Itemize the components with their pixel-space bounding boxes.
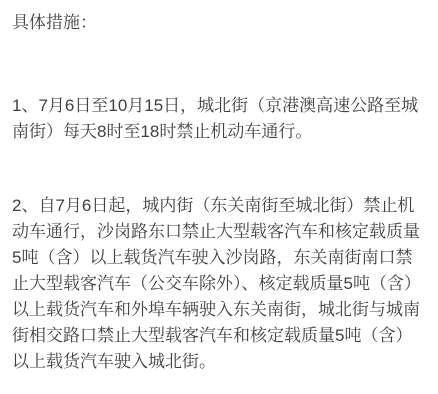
notice-document: 具体措施： 1、7月6日至10月15日，城北街（京港澳高速公路至城南街）每天8时… <box>0 0 438 375</box>
measure-item-1: 1、7月6日至10月15日，城北街（京港澳高速公路至城南街）每天8时至18时禁止… <box>12 93 425 145</box>
section-heading: 具体措施： <box>12 10 425 36</box>
measure-item-2: 2、自7月6日起，城内街（东关南街至城北街）禁止机动车通行，沙岗路东口禁止大型载… <box>12 193 425 375</box>
